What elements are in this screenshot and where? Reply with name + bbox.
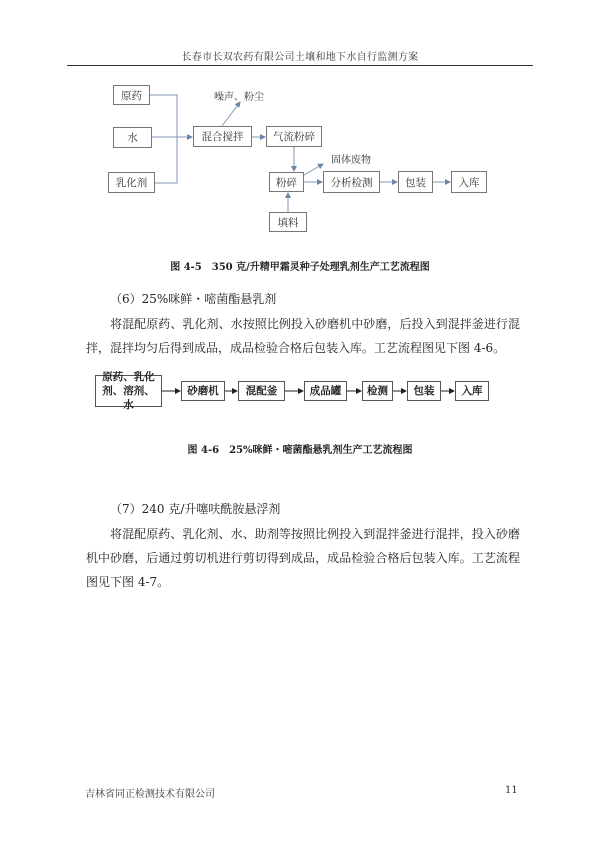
step-raw-materials: 原药、乳化剂、溶剂、水 (95, 375, 162, 407)
header-rule (67, 65, 533, 66)
section-7-text: 将混配原药、乳化剂、水、助剂等按照比例投入到混拌釜进行混拌，投入砂磨机中砂磨，后… (86, 527, 520, 589)
step-crush: 粉碎 (269, 172, 304, 192)
step-inspection: 检测 (362, 381, 393, 401)
step-filler: 填料 (269, 212, 307, 232)
footer-company: 吉林省同正检测技术有限公司 (85, 785, 215, 800)
step-storage: 入库 (451, 171, 487, 193)
step-mixing-kettle: 混配釜 (238, 381, 285, 401)
step-package: 包装 (398, 171, 433, 193)
step-product-tank: 成品罐 (304, 381, 347, 401)
section-7-heading: （7）240 克/升噻呋酰胺悬浮剂 (110, 500, 280, 517)
input-water: 水 (113, 127, 152, 148)
section-7-paragraph: 将混配原药、乳化剂、水、助剂等按照比例投入到混拌釜进行混拌，投入砂磨机中砂磨，后… (86, 522, 520, 594)
step-sand-mill: 砂磨机 (181, 381, 225, 401)
input-raw-drug: 原药 (113, 85, 150, 105)
figure-4-6-caption: 图 4-6 25%咪鲜・嘧菌酯悬乳剂生产工艺流程图 (0, 441, 600, 456)
figure-4-5-caption: 图 4-5 350 克/升精甲霜灵种子处理乳剂生产工艺流程图 (0, 258, 600, 273)
section-6-heading: （6）25%咪鲜・嘧菌酯悬乳剂 (110, 290, 276, 307)
step-package: 包装 (407, 381, 441, 401)
section-6-paragraph: 将混配原药、乳化剂、水按照比例投入砂磨机中砂磨，后投入到混拌釜进行混拌，混拌均匀… (86, 312, 520, 360)
step-storage: 入库 (455, 381, 489, 401)
page-header-title: 长春市长双农药有限公司土壤和地下水自行监测方案 (67, 48, 533, 63)
page-number: 11 (505, 785, 518, 796)
step-airflow-crush: 气流粉碎 (266, 126, 322, 147)
section-6-text: 将混配原药、乳化剂、水按照比例投入砂磨机中砂磨，后投入到混拌釜进行混拌，混拌均匀… (86, 317, 520, 355)
step-mix: 混合搅拌 (193, 126, 252, 147)
step-analysis: 分析检测 (323, 171, 380, 193)
emission-noise-dust: 噪声、粉尘 (214, 88, 264, 103)
emission-solid-waste: 固体废物 (331, 151, 371, 166)
input-emulsifier: 乳化剂 (108, 172, 155, 193)
